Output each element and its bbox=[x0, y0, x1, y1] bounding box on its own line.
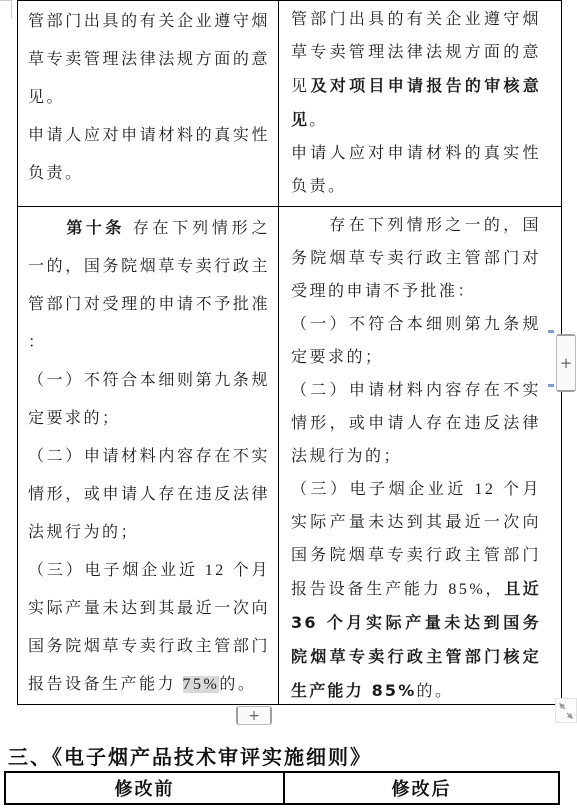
paragraph: （三）电子烟企业近 12 个月实际产量未达到其最近一次向国务院烟草专卖行政主管部… bbox=[28, 552, 270, 704]
paragraph: （一）不符合本细则第九条规定要求的； bbox=[291, 308, 541, 374]
paragraph: 存在下列情形之一的，国务院烟草专卖行政主管部门对受理的申请不予批准： bbox=[291, 209, 541, 308]
paragraph: 申请人应对申请材料的真实性负责。 bbox=[28, 117, 270, 193]
revision-table-header: 修改前 修改后 bbox=[4, 771, 560, 805]
plus-icon: + bbox=[560, 354, 573, 372]
paragraph: （二）申请材料内容存在不实情形，或申请人存在违反法律法规行为的； bbox=[291, 374, 541, 473]
paragraph: 管部门出具的有关企业遵守烟草专卖管理法律法规方面的意见及对项目申请报告的审核意见… bbox=[291, 3, 541, 137]
text-boundary-guide-vertical bbox=[11, 0, 12, 18]
section-heading: 三、《电子烟产品技术审评实施细则》 bbox=[8, 745, 372, 769]
table-resize-handle[interactable] bbox=[555, 698, 577, 723]
after-cell-row1[interactable]: 管部门出具的有关企业遵守烟草专卖管理法律法规方面的意见及对项目申请报告的审核意见… bbox=[279, 1, 561, 206]
column-insertion-marker bbox=[548, 330, 554, 333]
paragraph: （三）电子烟企业近 12 个月实际产量未达到其最近一次向国务院烟草专卖行政主管部… bbox=[291, 473, 541, 704]
header-label-before: 修改前 bbox=[115, 775, 175, 801]
add-column-button[interactable]: + bbox=[556, 334, 576, 392]
document-page: 管部门出具的有关企业遵守烟草专卖管理法律法规方面的意见。 申请人应对申请材料的真… bbox=[0, 0, 577, 811]
column-insertion-marker bbox=[548, 384, 554, 387]
table-row: 管部门出具的有关企业遵守烟草专卖管理法律法规方面的意见。 申请人应对申请材料的真… bbox=[18, 1, 561, 207]
paragraph: 管部门出具的有关企业遵守烟草专卖管理法律法规方面的意见。 bbox=[28, 3, 270, 117]
resize-diagonal-icon bbox=[557, 701, 575, 721]
header-label-after: 修改后 bbox=[392, 775, 452, 801]
header-cell-before[interactable]: 修改前 bbox=[6, 773, 285, 803]
plus-icon: + bbox=[248, 708, 260, 724]
before-cell-row1[interactable]: 管部门出具的有关企业遵守烟草专卖管理法律法规方面的意见。 申请人应对申请材料的真… bbox=[18, 1, 279, 206]
header-cell-after[interactable]: 修改后 bbox=[285, 773, 558, 803]
paragraph: （二）申请材料内容存在不实情形，或申请人存在违反法律法规行为的； bbox=[28, 438, 270, 552]
after-cell-row2[interactable]: 存在下列情形之一的，国务院烟草专卖行政主管部门对受理的申请不予批准： （一）不符… bbox=[279, 207, 561, 704]
paragraph: 第十条 存在下列情形之一的，国务院烟草专卖行政主管部门对受理的申请不予批准： bbox=[28, 209, 270, 362]
paragraph: 申请人应对申请材料的真实性负责。 bbox=[291, 137, 541, 203]
before-cell-row2[interactable]: 第十条 存在下列情形之一的，国务院烟草专卖行政主管部门对受理的申请不予批准： （… bbox=[18, 207, 279, 704]
add-row-button[interactable]: + bbox=[236, 706, 272, 725]
paragraph: （一）不符合本细则第九条规定要求的； bbox=[28, 362, 270, 438]
revision-comparison-table: 管部门出具的有关企业遵守烟草专卖管理法律法规方面的意见。 申请人应对申请材料的真… bbox=[17, 0, 562, 705]
table-row: 第十条 存在下列情形之一的，国务院烟草专卖行政主管部门对受理的申请不予批准： （… bbox=[18, 207, 561, 704]
text-boundary-guide-horizontal bbox=[0, 0, 11, 1]
